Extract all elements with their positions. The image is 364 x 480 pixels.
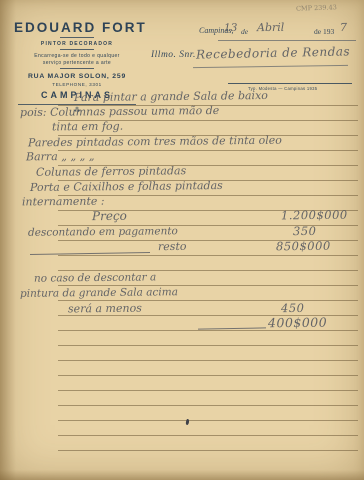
recipient-salutation: Illmo. Snr. bbox=[151, 50, 196, 60]
dateline-year-digit-handwritten: 7 bbox=[340, 21, 347, 34]
body-line: Paredes pintadas com tres mãos de tinta … bbox=[28, 134, 282, 150]
dateline-month-handwritten: Abril bbox=[257, 21, 284, 34]
letterhead-divider bbox=[60, 68, 94, 69]
letterhead-tagline-2: serviço pertencente a arte bbox=[14, 60, 140, 67]
body-line: Colunas de ferros pintadas bbox=[36, 164, 186, 179]
scanned-letter-document: EDOUARD FORT PINTOR DECORADOR Encarrega-… bbox=[0, 0, 364, 480]
letterhead-address: RUA MAJOR SOLON, 259 bbox=[14, 73, 140, 80]
dateline-day-handwritten: 13 bbox=[224, 22, 237, 34]
body-line-price-label: Preço bbox=[92, 209, 127, 223]
amount-deduction: 450 bbox=[281, 301, 305, 315]
amount-total: 1.200$000 bbox=[281, 208, 348, 223]
body-line: tinta em fog. bbox=[52, 120, 123, 134]
body-line-deduction-label: será a menos bbox=[68, 302, 142, 316]
amount-rest: 850$000 bbox=[276, 239, 331, 254]
letterhead-subtitle: PINTOR DECORADOR bbox=[14, 41, 140, 47]
letterhead-divider bbox=[60, 49, 94, 50]
body-line: pois: Columnas passou uma mão de bbox=[20, 104, 219, 119]
printer-mark-rule bbox=[228, 83, 352, 84]
letterhead-phone: TELEPHONE, 3301 bbox=[14, 82, 140, 87]
body-line-rest-label: resto bbox=[158, 240, 187, 253]
dateline-underline bbox=[218, 40, 356, 41]
archive-code-pencil-note: CMP 239.43 bbox=[296, 3, 337, 12]
letterhead-divider bbox=[60, 37, 94, 38]
letterhead-company-name: EDOUARD FORT bbox=[14, 20, 140, 35]
body-line: internamente : bbox=[22, 195, 105, 209]
body-line: Para pintar a grande Sala de baixo bbox=[74, 89, 268, 104]
body-line: pintura da grande Sala acima bbox=[20, 286, 178, 300]
body-line: Barra „ „ „ „ bbox=[26, 150, 95, 164]
recipient-name-handwritten: Recebedoria de Rendas bbox=[196, 44, 350, 61]
amount-discount: 350 bbox=[293, 224, 317, 238]
recipient-underline bbox=[193, 65, 348, 68]
dateline-printed-de: de bbox=[241, 27, 248, 36]
body-line: Porta e Caixilhos e folhas pintadas bbox=[30, 179, 223, 194]
amount-final: 400$000 bbox=[268, 315, 327, 331]
dateline-printed-year-prefix: de 193 bbox=[314, 27, 334, 36]
body-line-discount-label: descontando em pagamento bbox=[28, 225, 178, 239]
body-line: no caso de descontar a bbox=[34, 271, 156, 284]
